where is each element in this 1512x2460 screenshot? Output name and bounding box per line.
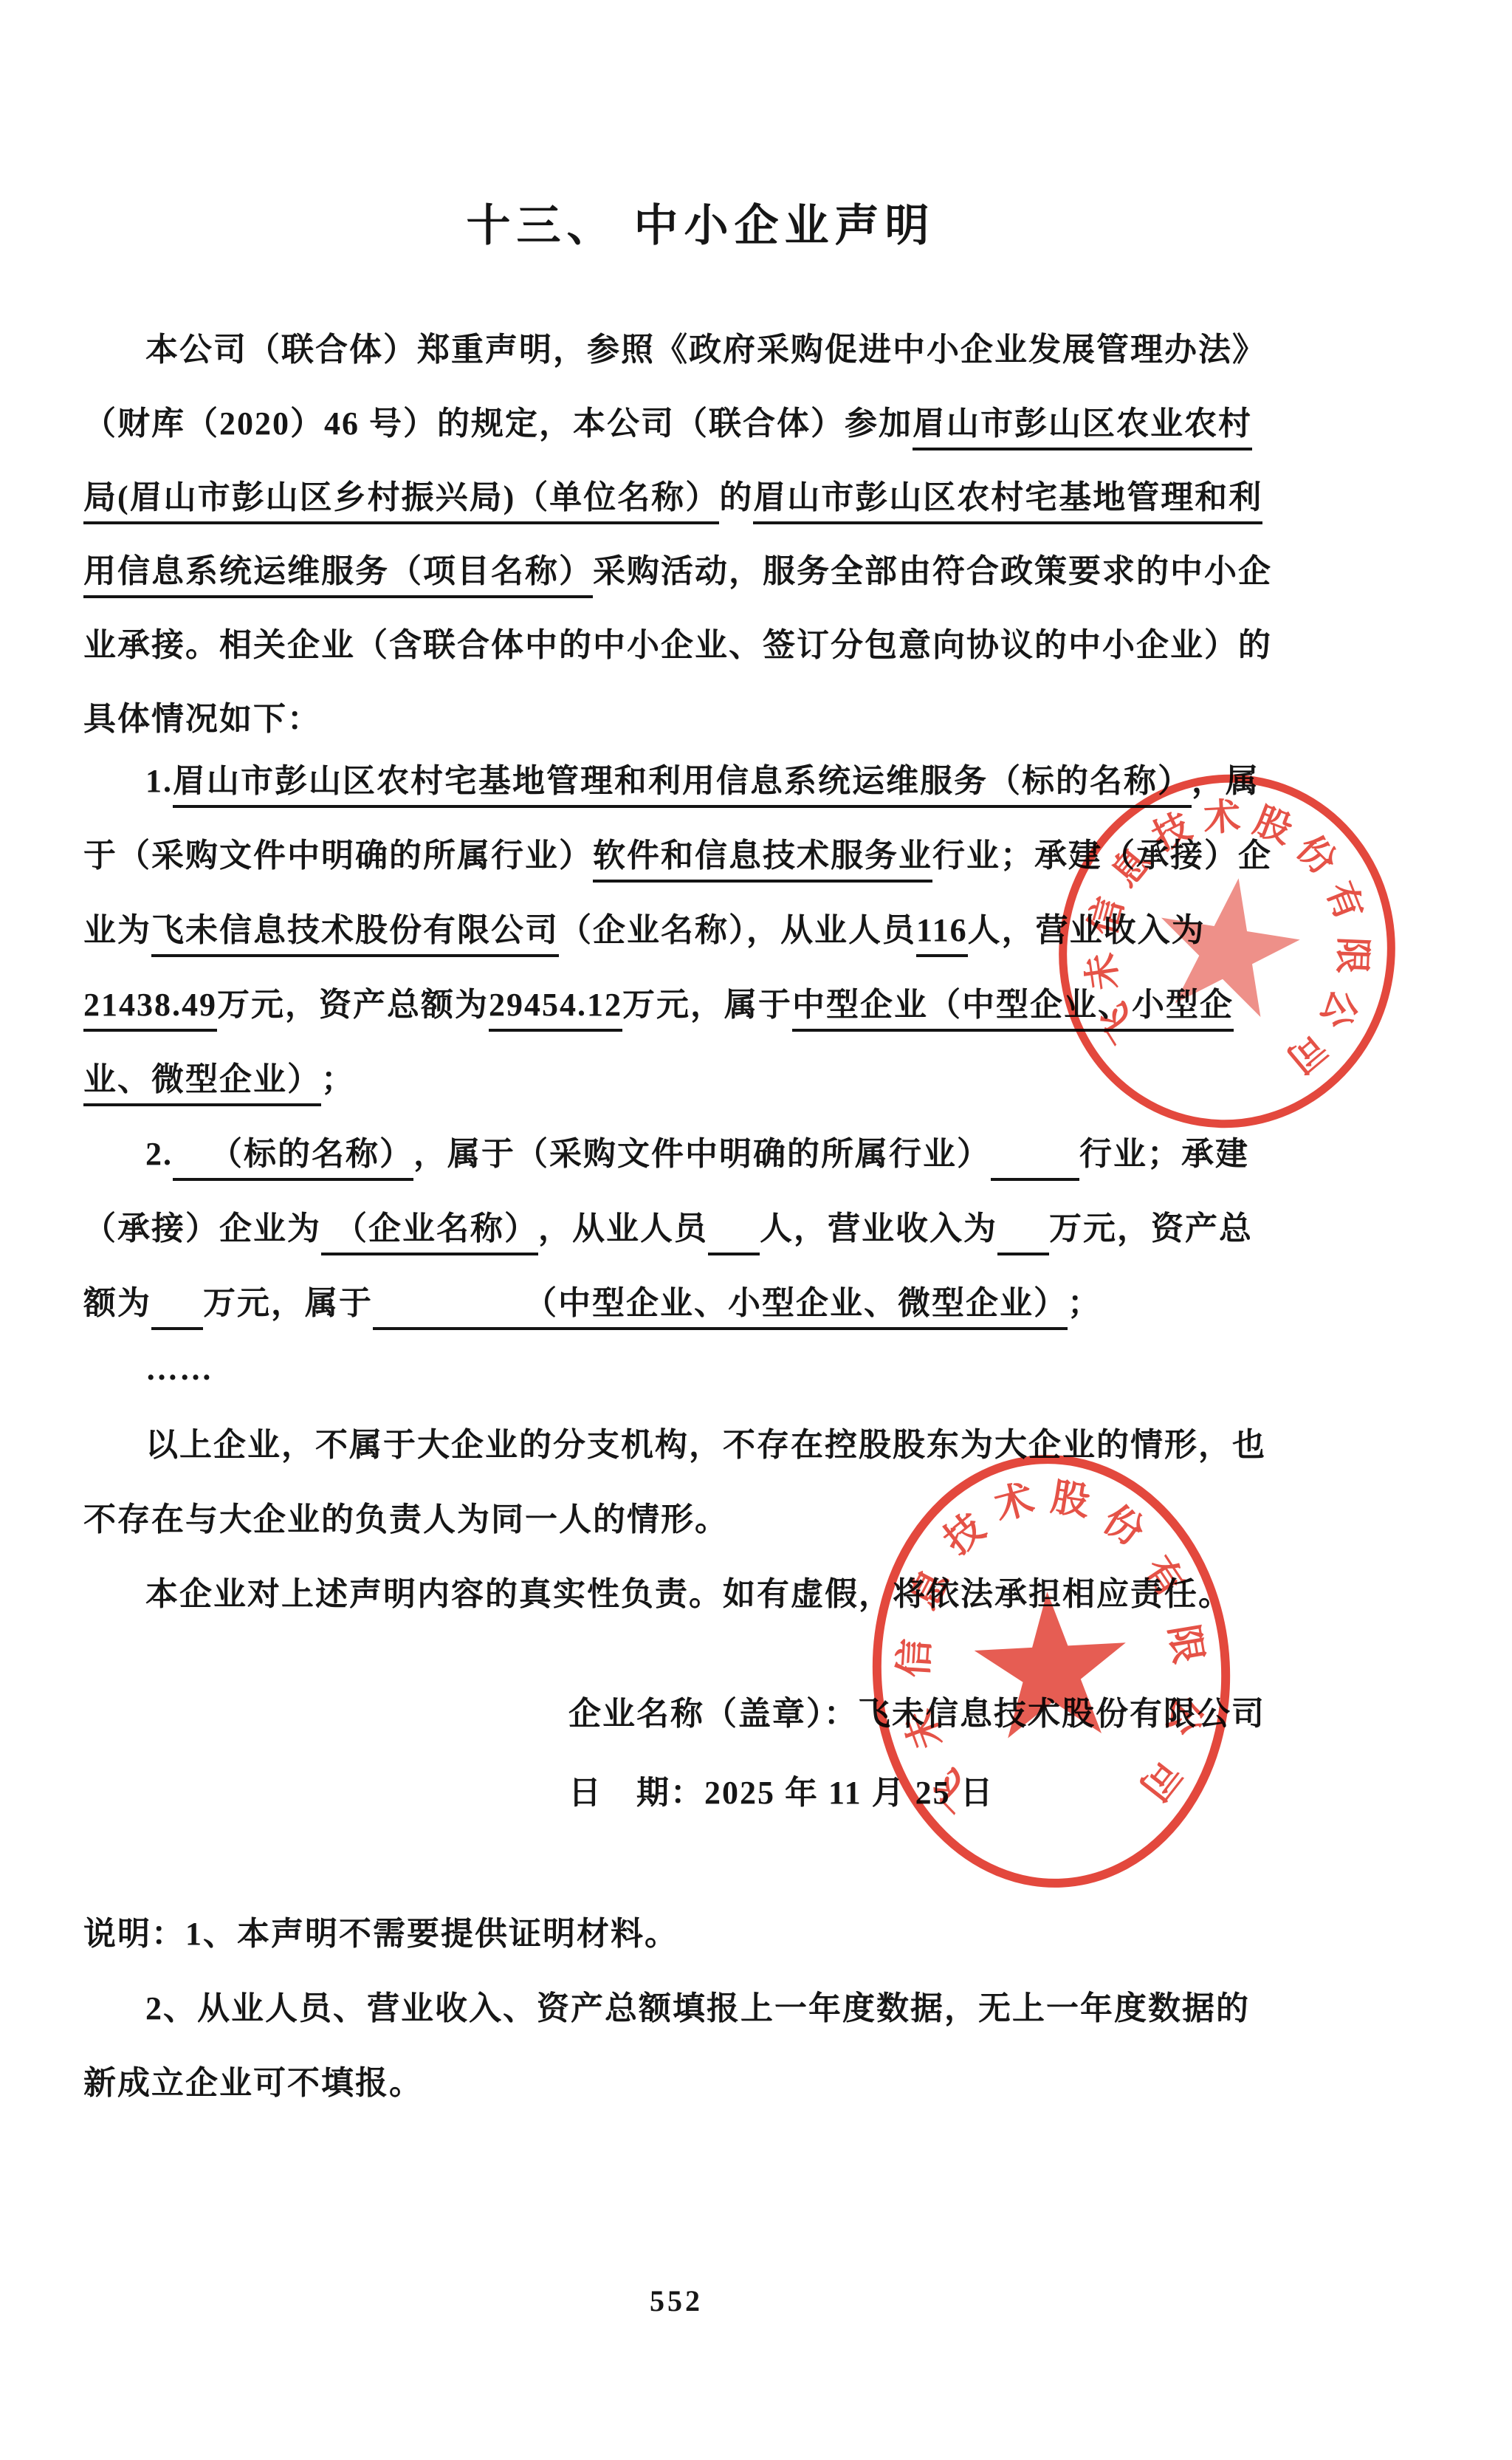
text-segment: 企业名称（盖章）：飞未信息技术股份有限公司 [568,1695,1265,1734]
text-segment: 1、本声明不需要提供证明材料。 [185,1915,678,1954]
blank-underline [173,1145,210,1181]
underlined-text: 眉山市彭山区农村宅基地管理和利 [753,479,1262,524]
blank-underline [997,1220,1049,1255]
underlined-text: 软件和信息技术服务业 [593,837,932,883]
company-seal: 飞未信息技术股份有限公司 [856,1439,1246,1904]
blank-underline [373,1295,524,1330]
text-line: 21438.49 万元，资产总额为 29454.12 万元，属于中型企业（中型企… [83,986,1234,1032]
seal-text-char: 份 [1096,1498,1151,1555]
underlined-text: 用信息系统运维服务（项目名称） [83,552,593,598]
text-line: 局(眉山市彭山区乡村振兴局)（单位名称）的眉山市彭山区农村宅基地管理和利 [83,479,1262,524]
text-line: 业承接。相关企业（含联合体中的中小企业、签订分包意向协议的中小企业）的 [83,626,1272,665]
underlined-text: 中型企业（中型企业、小型企 [792,986,1234,1032]
seal-text-char: 术 [990,1477,1038,1528]
seal-ring [866,1450,1236,1892]
text-segment: 业承接。相关企业（含联合体中的中小企业、签订分包意向协议的中小企业）的 [83,626,1272,665]
underlined-text: （企业名称） [334,1210,538,1255]
text-line: 业为飞未信息技术股份有限公司（企业名称），从业人员 116 人，营业收入为 [83,911,1206,957]
page-number: 552 [650,2283,703,2318]
underlined-text: 飞未信息技术股份有限公司 [151,911,559,957]
text-segment: （财库（2020）46 号）的规定，本公司（联合体）参加 [83,405,913,444]
text-segment: 万元，属于 [203,1284,373,1323]
underlined-text: 眉山市彭山区农村宅基地管理和利用信息系统运维服务（标的名称） [173,762,1192,808]
text-segment: 采购活动，服务全部由符合政策要求的中小企 [593,552,1272,592]
document-title: 十三、 中小企业声明 [0,191,1401,254]
text-segment: 万元，资产总 [1049,1210,1253,1249]
text-line: 于（采购文件中明确的所属行业）软件和信息技术服务业行业；承建（承接）企 [83,837,1272,883]
text-segment: 本公司（联合体）郑重声明，参照《政府采购促进中小企业发展管理办法》 [145,331,1266,370]
text-segment: （承接）企业为 [83,1210,321,1249]
text-segment: 于（采购文件中明确的所属行业） [83,837,593,876]
text-line: 额为万元，属于（中型企业、小型企业、微型企业）； [83,1284,1102,1330]
text-line: 2.（标的名称），属于（采购文件中明确的所属行业）行业；承建 [145,1135,1249,1181]
seal-text-char: 份 [1289,827,1344,883]
underlined-text: 局(眉山市彭山区乡村振兴局)（单位名称） [83,479,719,524]
text-segment: 日 期：2025 年 11 月 25 日 [568,1774,994,1813]
seal-text-char: 司 [1279,1025,1334,1080]
text-segment: ； [1068,1284,1102,1323]
text-segment: ，属于（采购文件中明确的所属行业） [413,1135,991,1174]
underlined-text: 29454.12 [489,986,622,1032]
underlined-text: 21438.49 [83,986,217,1032]
blank-underline [321,1220,334,1255]
text-segment: …… [145,1350,213,1389]
underlined-text: （标的名称） [210,1135,413,1181]
text-segment: 人，营业收入为 [760,1210,997,1249]
text-line: 日 期：2025 年 11 月 25 日 [568,1774,994,1813]
text-line: （财库（2020）46 号）的规定，本公司（联合体）参加眉山市彭山区农业农村 [83,405,1252,450]
text-segment: 万元，资产总额为 [217,986,489,1025]
text-line: 说明：1、本声明不需要提供证明材料。 [83,1915,678,1954]
underlined-text: 业、微型企业） [83,1061,321,1106]
text-line: 企业名称（盖章）：飞未信息技术股份有限公司 [568,1695,1265,1734]
blank-underline [991,1145,1079,1181]
document-page: 十三、 中小企业声明 本公司（联合体）郑重声明，参照《政府采购促进中小企业发展管… [0,0,1512,2460]
text-line: 本公司（联合体）郑重声明，参照《政府采购促进中小企业发展管理办法》 [145,331,1266,370]
text-segment: 万元，属于 [622,986,792,1025]
text-segment: 以上企业，不属于大企业的分支机构，不存在控股股东为大企业的情形，也 [145,1426,1266,1465]
text-line: 具体情况如下： [83,700,321,739]
seal-text-char: 限 [1161,1622,1209,1667]
seal-text-char: 信 [893,1638,938,1679]
text-line: 新成立企业可不填报。 [83,2064,423,2103]
text-line: （承接）企业为（企业名称），从业人员人，营业收入为万元，资产总 [83,1210,1253,1255]
blank-underline [708,1220,760,1255]
text-segment: 说明： [83,1915,185,1954]
text-segment: ； [321,1061,355,1100]
seal-text-char: 司 [1131,1752,1188,1808]
text-line: 1.眉山市彭山区农村宅基地管理和利用信息系统运维服务（标的名称），属 [145,762,1260,808]
text-segment: 2、从业人员、营业收入、资产总额填报上一年度数据，无上一年度数据的 [145,1990,1250,2029]
text-segment: 本企业对上述声明内容的真实性负责。如有虚假，将依法承担相应责任。 [145,1575,1232,1614]
text-segment: 人，营业收入为 [968,911,1206,950]
text-segment: 2. [145,1135,173,1174]
text-segment: 具体情况如下： [83,700,321,739]
text-line: 以上企业，不属于大企业的分支机构，不存在控股股东为大企业的情形，也 [145,1426,1266,1465]
underlined-text: 116 [916,911,968,957]
seal-text-char: 股 [1048,1476,1093,1524]
blank-underline [151,1295,203,1330]
seal-text-char: 技 [936,1506,993,1563]
text-segment: 额为 [83,1284,151,1323]
seal-text-char: 限 [1331,936,1374,975]
text-segment: 新成立企业可不填报。 [83,2064,423,2103]
text-segment: ，从业人员 [538,1210,708,1249]
text-line: 用信息系统运维服务（项目名称）采购活动，服务全部由符合政策要求的中小企 [83,552,1272,598]
text-segment: 业为 [83,911,151,950]
text-line: 不存在与大企业的负责人为同一人的情形。 [83,1501,729,1540]
text-segment: 不存在与大企业的负责人为同一人的情形。 [83,1501,729,1540]
text-segment: 行业；承建 [1079,1135,1249,1174]
text-segment: 行业；承建（承接）企 [932,837,1272,876]
seal-text-char: 有 [1319,876,1370,925]
text-line: 2、从业人员、营业收入、资产总额填报上一年度数据，无上一年度数据的 [145,1990,1250,2029]
underlined-text: （中型企业、小型企业、微型企业） [524,1284,1068,1330]
text-segment: 1. [145,762,173,801]
text-line: 本企业对上述声明内容的真实性负责。如有虚假，将依法承担相应责任。 [145,1575,1232,1614]
text-line: …… [145,1350,213,1389]
text-line: 业、微型企业）； [83,1061,355,1106]
seal-text-char: 公 [1313,984,1366,1035]
text-segment: （企业名称），从业人员 [559,911,916,950]
text-segment: ，属 [1192,762,1260,801]
text-segment: 的 [719,479,753,518]
underlined-text: 眉山市彭山区农业农村 [913,405,1252,450]
